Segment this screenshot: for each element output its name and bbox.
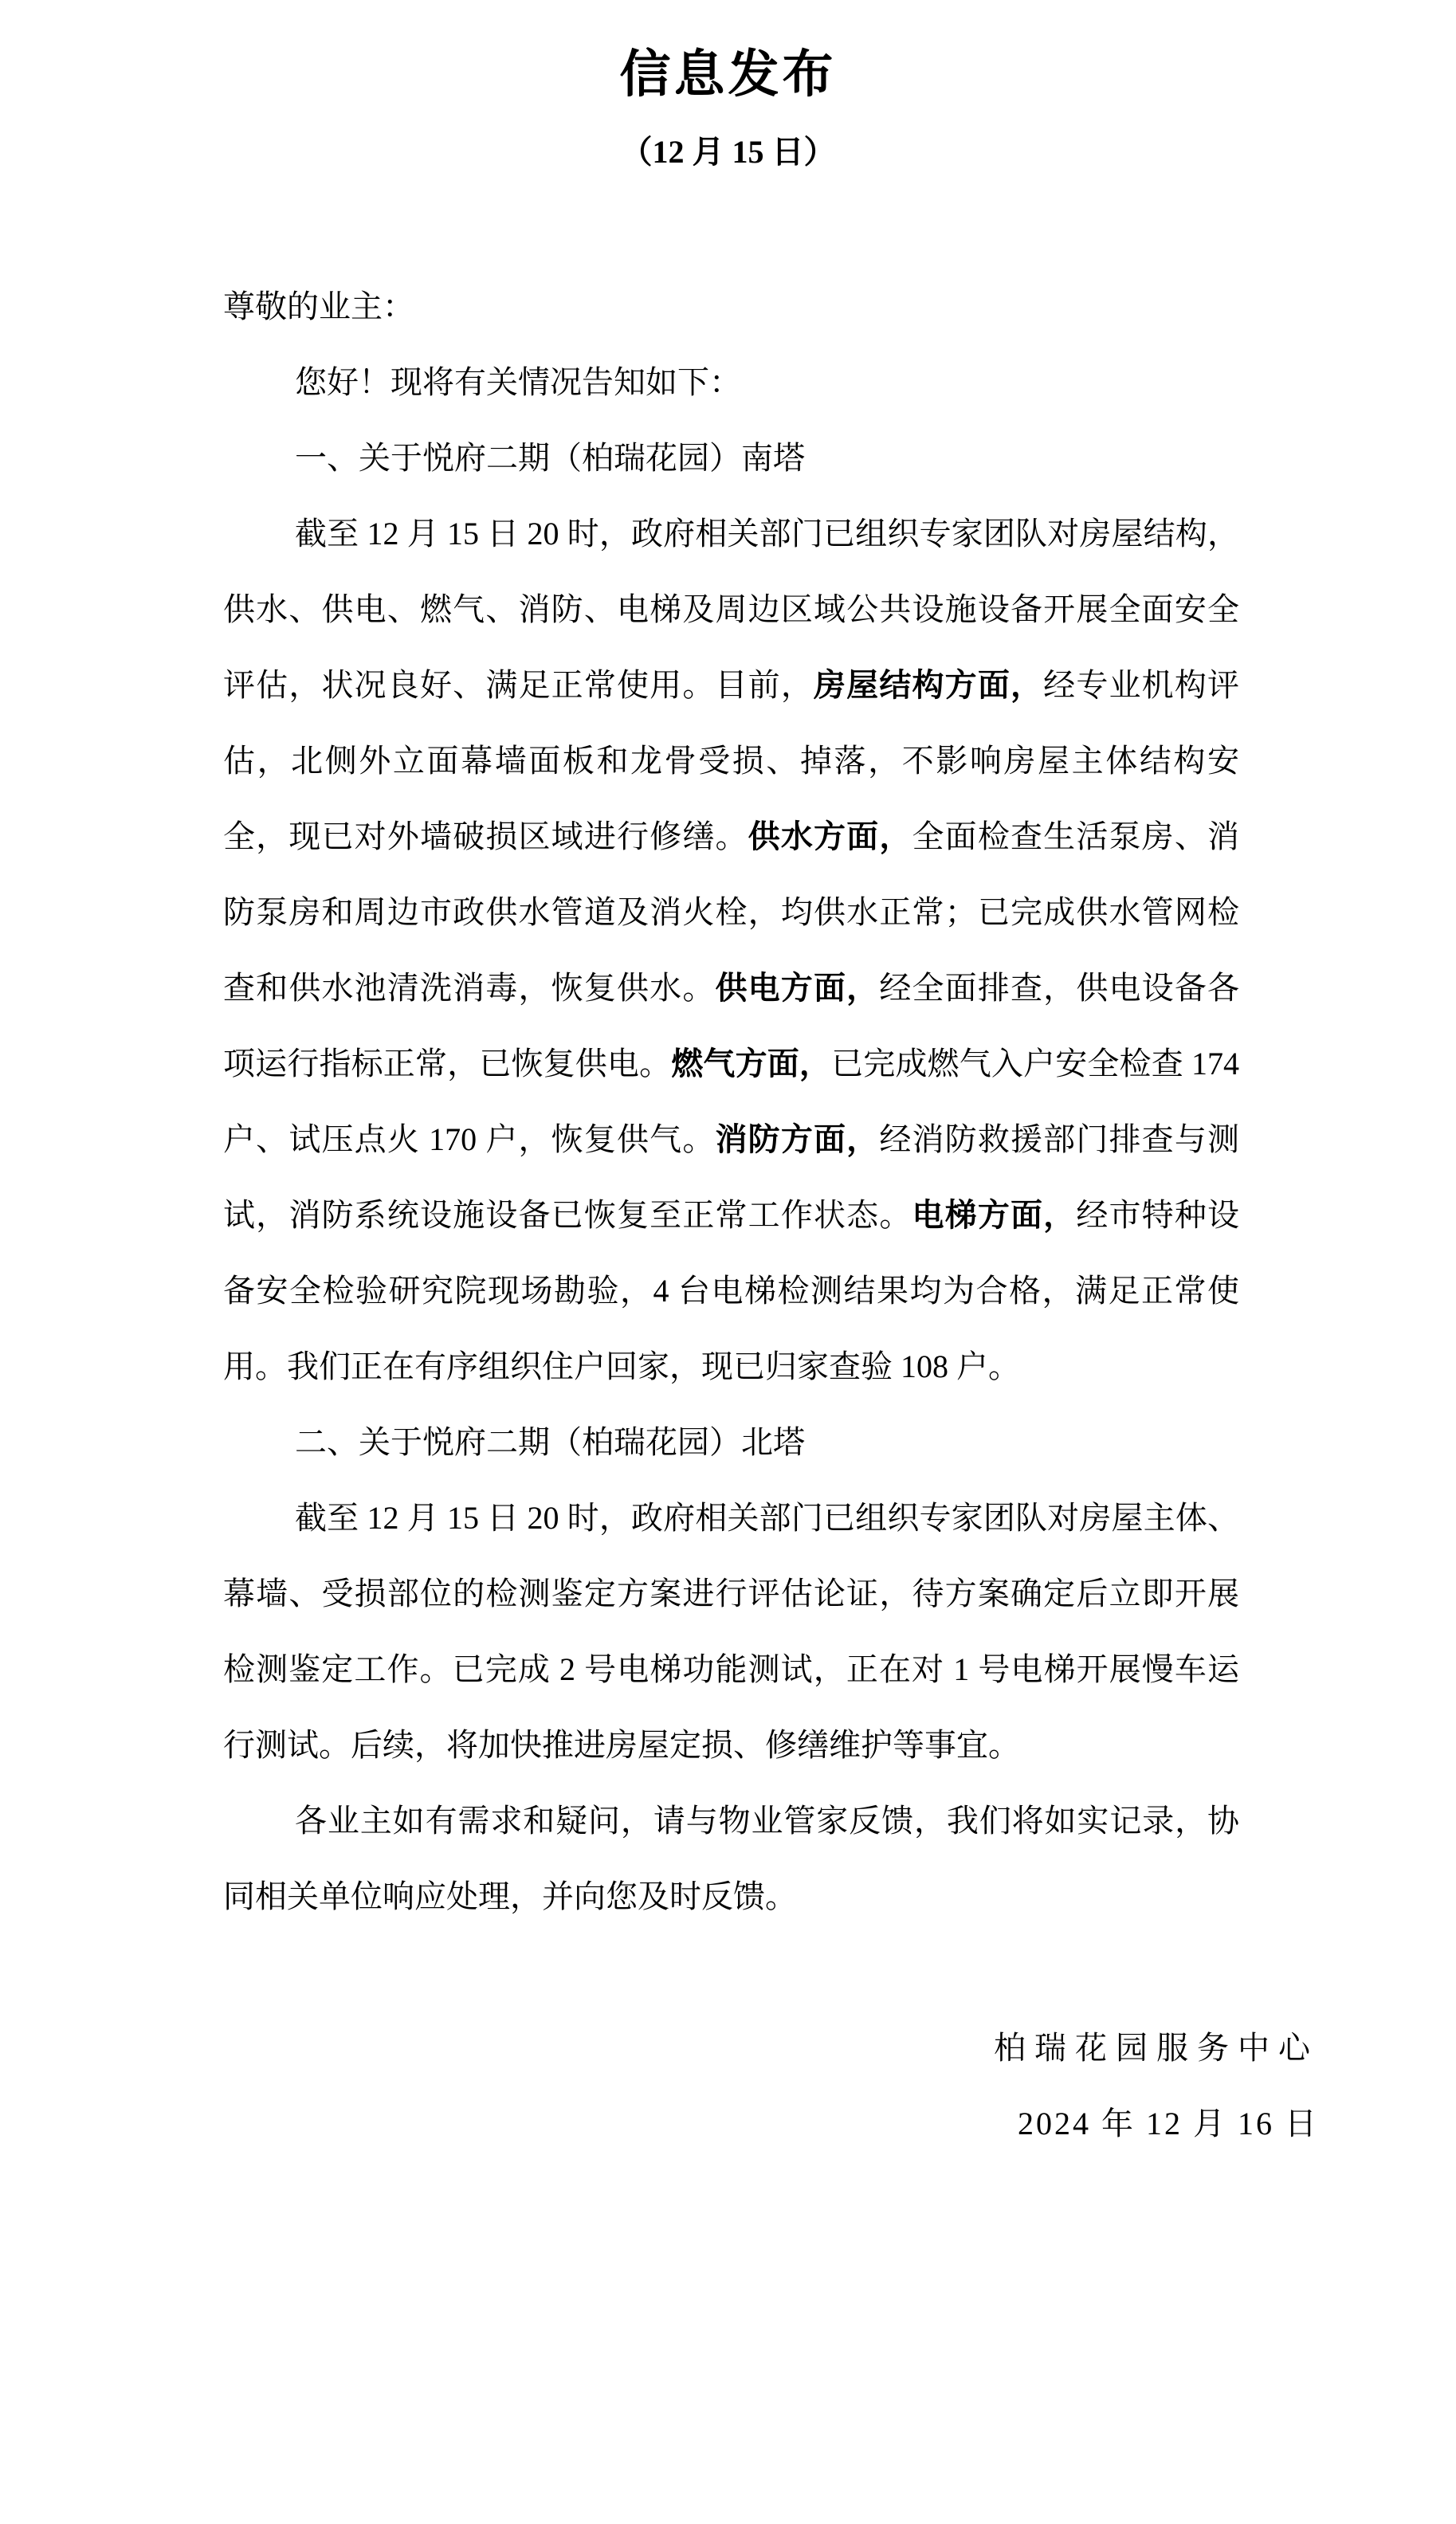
section1-paragraph: 截至 12 月 15 日 20 时，政府相关部门已组织专家团队对房屋结构，供水、… xyxy=(223,496,1239,1404)
section1-heading: 一、关于悦府二期（柏瑞花园）南塔 xyxy=(223,420,1239,496)
section2-heading: 二、关于悦府二期（柏瑞花园）北塔 xyxy=(223,1404,1239,1480)
notice-document: 信息发布 （12 月 15 日） 尊敬的业主： 您好！现将有关情况告知如下： 一… xyxy=(0,0,1456,2524)
notice-date-subtitle: （12 月 15 日） xyxy=(0,133,1456,171)
signature: 柏瑞花园服务中心 xyxy=(0,2010,1319,2086)
bold-label-power-supply: 供电方面， xyxy=(716,970,880,1006)
signature-date: 2024 年 12 月 16 日 xyxy=(0,2086,1319,2161)
section2-paragraph: 截至 12 月 15 日 20 时，政府相关部门已组织专家团队对房屋主体、幕墙、… xyxy=(223,1480,1239,1783)
bold-label-water-supply: 供水方面， xyxy=(748,818,912,854)
bold-label-housing-structure: 房屋结构方面， xyxy=(814,667,1043,703)
intro-paragraph: 您好！现将有关情况告知如下： xyxy=(223,344,1239,420)
bold-label-fire-protection: 消防方面， xyxy=(716,1121,880,1157)
salutation: 尊敬的业主： xyxy=(223,269,1239,344)
notice-title: 信息发布 xyxy=(0,0,1456,106)
bold-label-gas: 燃气方面， xyxy=(671,1046,831,1081)
bold-label-elevator: 电梯方面， xyxy=(912,1197,1077,1233)
notice-body: 尊敬的业主： 您好！现将有关情况告知如下： 一、关于悦府二期（柏瑞花园）南塔 截… xyxy=(223,269,1239,1934)
closing-paragraph: 各业主如有需求和疑问，请与物业管家反馈，我们将如实记录，协同相关单位响应处理，并… xyxy=(223,1783,1239,1934)
